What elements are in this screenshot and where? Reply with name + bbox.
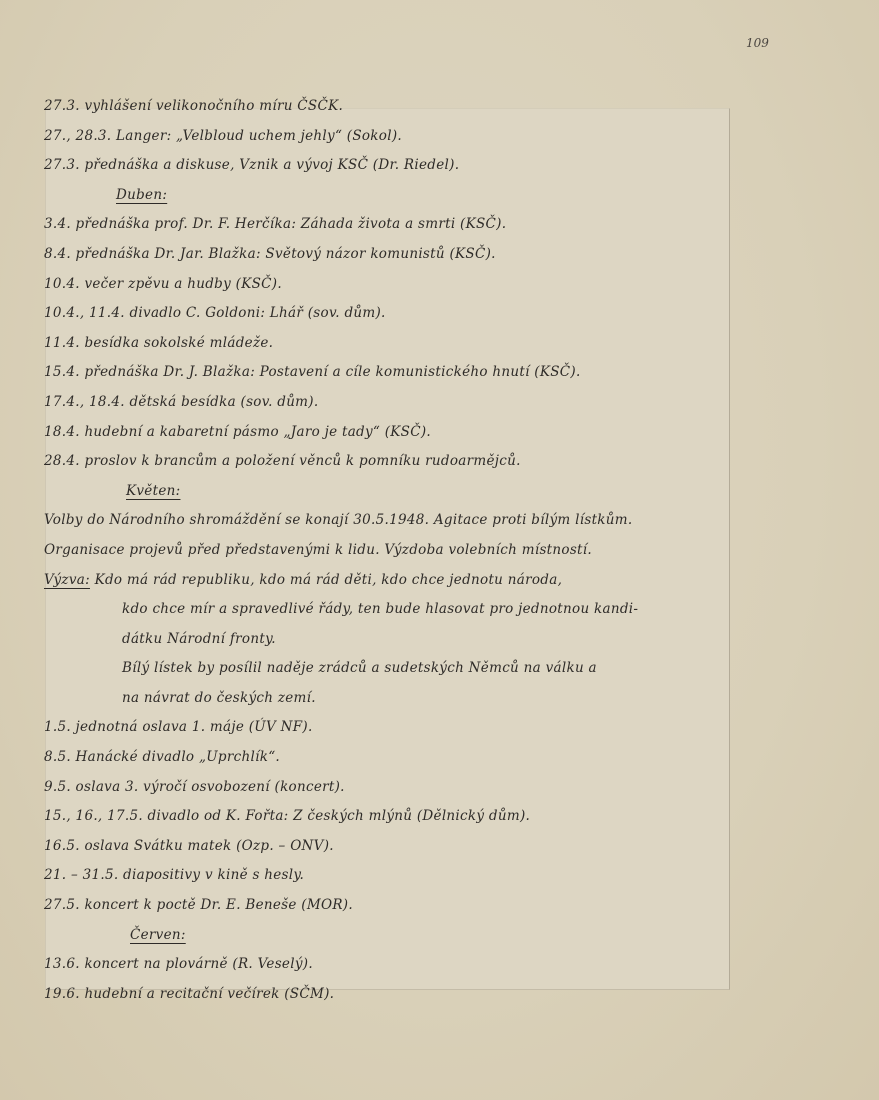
heading-june: Červen: (44, 921, 764, 951)
entry-may: 9.5. oslava 3. výročí osvobození (koncer… (44, 773, 764, 803)
page-number: 109 (746, 36, 769, 50)
entry-may: 21. – 31.5. diapositivy v kině s hesly. (44, 861, 764, 891)
heading-may: Květen: (44, 477, 764, 507)
entry-april: 18.4. hudební a kabaretní pásmo „Jaro je… (44, 418, 764, 448)
entry-april: 8.4. přednáška Dr. Jar. Blažka: Světový … (44, 240, 764, 270)
entry-april: 17.4., 18.4. dětská besídka (sov. dům). (44, 388, 764, 418)
entry-april: 15.4. přednáška Dr. J. Blažka: Postavení… (44, 358, 764, 388)
entry-april: 10.4. večer zpěvu a hudby (KSČ). (44, 270, 764, 300)
entry-may: 1.5. jednotná oslava 1. máje (ÚV NF). (44, 713, 764, 743)
entry-april: 28.4. proslov k brancům a položení věnců… (44, 447, 764, 477)
heading-april: Duben: (44, 181, 764, 211)
appeal-line: Bílý lístek by posílil naděje zrádců a s… (44, 654, 764, 684)
appeal-line: dátku Národní fronty. (44, 625, 764, 655)
entry-may: 27.5. koncert k poctě Dr. E. Beneše (MOR… (44, 891, 764, 921)
entry-may: 16.5. oslava Svátku matek (Ozp. – ONV). (44, 832, 764, 862)
appeal-label: Výzva: (44, 572, 90, 588)
entry-may: 8.5. Hanácké divadlo „Uprchlík“. (44, 743, 764, 773)
chronicle-text: 27.3. vyhlášení velikonočního míru ČSČK.… (44, 92, 764, 1009)
entry-april: 10.4., 11.4. divadlo C. Goldoni: Lhář (s… (44, 299, 764, 329)
may-paragraph-line: Organisace projevů před představenými k … (44, 536, 764, 566)
entry-march-1: 27.3. vyhlášení velikonočního míru ČSČK. (44, 92, 764, 122)
entry-june: 19.6. hudební a recitační večírek (SČM). (44, 980, 764, 1010)
appeal-line: na návrat do českých zemí. (44, 684, 764, 714)
entry-march-3: 27.3. přednáška a diskuse, Vznik a vývoj… (44, 151, 764, 181)
entry-may: 15., 16., 17.5. divadlo od K. Fořta: Z č… (44, 802, 764, 832)
entry-june: 13.6. koncert na plovárně (R. Veselý). (44, 950, 764, 980)
entry-april: 11.4. besídka sokolské mládeže. (44, 329, 764, 359)
appeal-first-line: Výzva: Kdo má rád republiku, kdo má rád … (44, 566, 764, 596)
may-paragraph-line: Volby do Národního shromáždění se konají… (44, 506, 764, 536)
entry-march-2: 27., 28.3. Langer: „Velbloud uchem jehly… (44, 122, 764, 152)
appeal-line: kdo chce mír a spravedlivé řády, ten bud… (44, 595, 764, 625)
entry-april: 3.4. přednáška prof. Dr. F. Herčíka: Záh… (44, 210, 764, 240)
